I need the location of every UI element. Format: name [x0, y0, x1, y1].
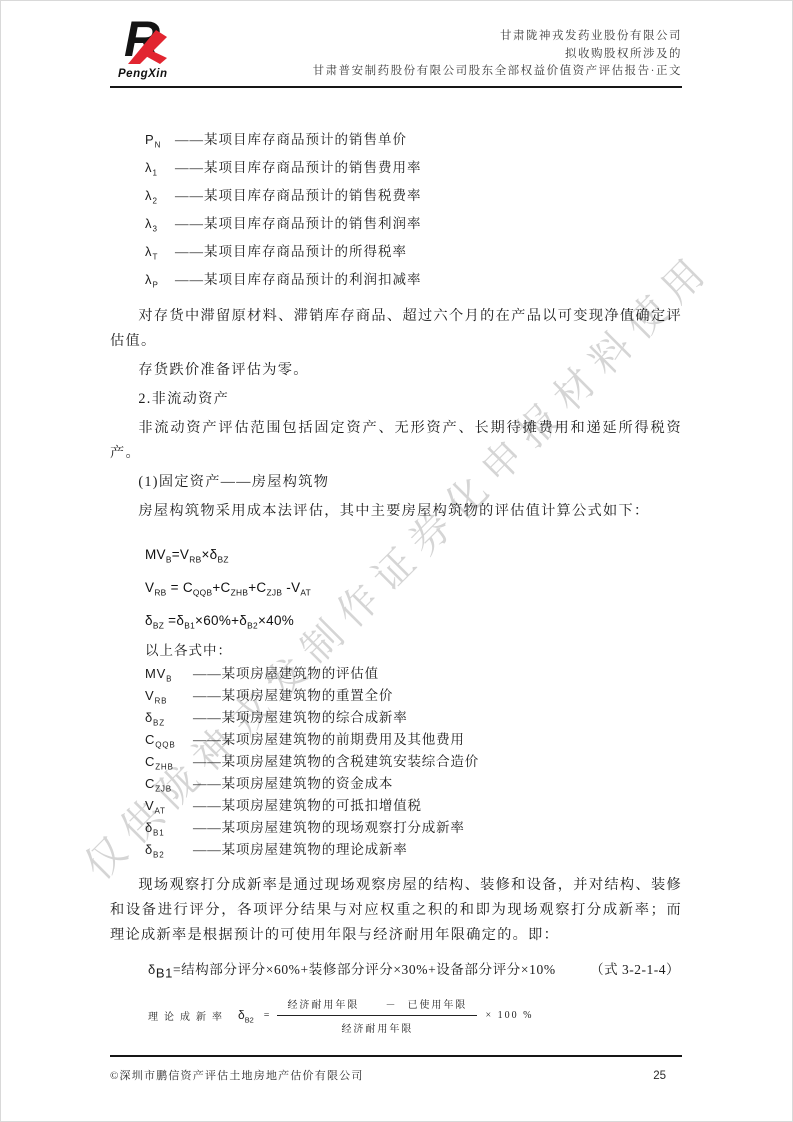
symbol-row: δB2——某项房屋建筑物的理论成新率 — [145, 839, 682, 861]
pengxin-logo: R PengXin — [110, 20, 190, 80]
formula-theoretical-rate: 理论成新率 δB2 = 经济耐用年限 － 已使用年限 经济耐用年限 × 100 … — [148, 996, 682, 1035]
symbol-desc: ——某项房屋建筑物的重置全价 — [193, 688, 393, 703]
formula-sub: B1 — [156, 965, 173, 980]
formula-sub: RB — [189, 554, 201, 564]
symbol: MVB — [145, 663, 193, 685]
symbol-row: δB1——某项房屋建筑物的现场观察打分成新率 — [145, 817, 682, 839]
formula-sub: ZHB — [231, 587, 249, 597]
symbol-desc: ——某项房屋建筑物的综合成新率 — [193, 710, 408, 725]
symbol-desc: ——某项目库存商品预计的销售利润率 — [175, 216, 422, 231]
formula-sub: B2 — [247, 620, 258, 630]
formula-db1: δB1=结构部分评分×60%+装修部分评分×30%+设备部分评分×10% （式 … — [148, 958, 682, 978]
symbol: λP — [145, 266, 175, 294]
page-header: R PengXin 甘肃陇神戎发药业股份有限公司 拟收购股权所涉及的 甘肃普安制… — [110, 0, 682, 81]
symbol-desc: ——某项房屋建筑物的评估值 — [193, 666, 379, 681]
formula-term: = C — [167, 580, 193, 595]
symbol-row: δBZ——某项房屋建筑物的综合成新率 — [145, 707, 682, 729]
formula-vrb: VRB = CQQB+CZHB+CZJB -VAT — [145, 571, 682, 604]
report-title-block: 甘肃陇神戎发药业股份有限公司 拟收购股权所涉及的 甘肃普安制药股份有限公司股东全… — [313, 20, 682, 81]
symbol-row: VRB——某项房屋建筑物的重置全价 — [145, 685, 682, 707]
formula-term: +C — [212, 580, 230, 595]
header-line-1: 甘肃陇神戎发药业股份有限公司 — [313, 28, 682, 46]
page-content: R PengXin 甘肃陇神戎发药业股份有限公司 拟收购股权所涉及的 甘肃普安制… — [110, 0, 682, 1035]
symbol-desc: ——某项房屋建筑物的含税建筑安装综合造价 — [193, 754, 479, 769]
header-line-3: 甘肃普安制药股份有限公司股东全部权益价值资产评估报告·正文 — [313, 63, 682, 81]
page-footer: ©深圳市鹏信资产评估土地房地产估价有限公司 25 — [110, 1055, 682, 1083]
brand-text: PengXin — [118, 68, 190, 80]
formula-term: ×δ — [201, 547, 217, 562]
symbol-row: MVB——某项房屋建筑物的评估值 — [145, 663, 682, 685]
symbol-row: CZHB——某项房屋建筑物的含税建筑安装综合造价 — [145, 751, 682, 773]
page-number: 25 — [653, 1070, 682, 1082]
symbol-row: CZJB——某项房屋建筑物的资金成本 — [145, 773, 682, 795]
definitions-intro: 以上各式中： — [145, 639, 682, 663]
formula-term: ×60%+δ — [195, 613, 247, 628]
formula-term: =V — [172, 547, 190, 562]
paragraph-condition-rating: 现场观察打分成新率是通过现场观察房屋的结构、装修和设备，并对结构、装修和设备进行… — [110, 873, 682, 948]
minus-sign: － — [385, 996, 397, 1011]
symbol: CZHB — [145, 751, 193, 773]
formula-symbol: δB2 — [238, 1008, 254, 1022]
symbol: CQQB — [145, 729, 193, 751]
symbol-row: CQQB——某项房屋建筑物的前期费用及其他费用 — [145, 729, 682, 751]
formula-term: -V — [282, 580, 300, 595]
red-swoosh-icon — [126, 28, 170, 66]
formula-sub: BZ — [153, 620, 164, 630]
inventory-symbol-list: PN——某项目库存商品预计的销售单价 λ1——某项目库存商品预计的销售费用率 λ… — [145, 126, 682, 294]
symbol-row: λP——某项目库存商品预计的利润扣减率 — [145, 266, 682, 294]
formula-sub: AT — [300, 587, 311, 597]
symbol-desc: ——某项目库存商品预计的销售单价 — [175, 132, 407, 147]
symbol: CZJB — [145, 773, 193, 795]
symbol-desc: ——某项目库存商品预计的利润扣减率 — [175, 272, 422, 287]
symbol: δBZ — [145, 707, 193, 729]
symbol-row: λT——某项目库存商品预计的所得税率 — [145, 238, 682, 266]
symbol: VRB — [145, 685, 193, 707]
symbol: λ3 — [145, 210, 175, 238]
formula-suffix: × 100 % — [485, 1010, 533, 1021]
formula-sub: ZJB — [266, 587, 282, 597]
equals-sign: = — [264, 1010, 270, 1021]
paragraph-cost-method: 房屋构筑物采用成本法评估，其中主要房屋构筑物的评估值计算公式如下： — [110, 499, 682, 524]
formula-dbz: δBZ =δB1×60%+δB2×40% — [145, 604, 682, 637]
paragraph-noncurrent-scope: 非流动资产评估范围包括固定资产、无形资产、长期待摊费用和递延所得税资产。 — [110, 416, 682, 466]
formula-term: =结构部分评分×60%+装修部分评分×30%+设备部分评分×10% — [173, 962, 556, 977]
fraction: 经济耐用年限 － 已使用年限 经济耐用年限 — [277, 996, 477, 1035]
symbol-desc: ——某项房屋建筑物的可抵扣增值税 — [193, 798, 422, 813]
formula-mv: MVB=VRB×δBZ — [145, 538, 682, 571]
formula-term: +C — [248, 580, 266, 595]
symbol-desc: ——某项目库存商品预计的销售税费率 — [175, 188, 422, 203]
symbol: λT — [145, 238, 175, 266]
symbol: PN — [145, 126, 175, 154]
formula-sub: QQB — [193, 587, 212, 597]
formula-term: ×40% — [258, 613, 294, 628]
formula-label: 理论成新率 — [148, 1008, 228, 1023]
symbol-desc: ——某项房屋建筑物的现场观察打分成新率 — [193, 820, 465, 835]
copyright-line: ©深圳市鹏信资产评估土地房地产估价有限公司 — [110, 1067, 364, 1083]
equation-number: （式 3-2-1-4） — [590, 958, 680, 978]
symbol-row: λ2——某项目库存商品预计的销售税费率 — [145, 182, 682, 210]
formula-term: MV — [145, 547, 166, 562]
formula-term: =δ — [164, 613, 184, 628]
heading-noncurrent-assets: 2.非流动资产 — [110, 387, 682, 412]
valuation-formulas: MVB=VRB×δBZ VRB = CQQB+CZHB+CZJB -VAT δB… — [145, 538, 682, 637]
fraction-numerator: 经济耐用年限 － 已使用年限 — [277, 996, 477, 1016]
formula-sub: BZ — [217, 554, 228, 564]
formula-body: δB1=结构部分评分×60%+装修部分评分×30%+设备部分评分×10% — [148, 958, 556, 978]
header-line-2: 拟收购股权所涉及的 — [313, 46, 682, 64]
paragraph-inventory-nrv: 对存货中滞留原材料、滞销库存商品、超过六个月的在产品以可变现净值确定评估值。 — [110, 304, 682, 354]
symbol: δB1 — [145, 817, 193, 839]
symbol-desc: ——某项房屋建筑物的理论成新率 — [193, 842, 408, 857]
formula-sub: RB — [154, 587, 166, 597]
symbol-desc: ——某项房屋建筑物的前期费用及其他费用 — [193, 732, 465, 747]
formula-sub: B1 — [184, 620, 195, 630]
symbol: δB2 — [145, 839, 193, 861]
document-page: 仅供陇神戎发制作证券化申报材料使用 R PengXin 甘肃陇神戎发药业股份有限… — [0, 0, 793, 1122]
symbol-desc: ——某项房屋建筑物的资金成本 — [193, 776, 393, 791]
symbol-row: λ3——某项目库存商品预计的销售利润率 — [145, 210, 682, 238]
building-symbol-list: MVB——某项房屋建筑物的评估值 VRB——某项房屋建筑物的重置全价 δBZ——… — [145, 663, 682, 861]
formula-term: δ — [148, 962, 156, 977]
fraction-denominator: 经济耐用年限 — [341, 1016, 413, 1035]
pengxin-r-icon: R — [124, 20, 170, 66]
symbol-row: λ1——某项目库存商品预计的销售费用率 — [145, 154, 682, 182]
formula-term: δ — [145, 613, 153, 628]
symbol-desc: ——某项目库存商品预计的销售费用率 — [175, 160, 422, 175]
symbol-row: PN——某项目库存商品预计的销售单价 — [145, 126, 682, 154]
symbol-desc: ——某项目库存商品预计的所得税率 — [175, 244, 407, 259]
symbol: λ2 — [145, 182, 175, 210]
header-rule — [110, 86, 682, 88]
formula-term: V — [145, 580, 154, 595]
symbol: VAT — [145, 795, 193, 817]
heading-fixed-assets-buildings: (1)固定资产——房屋构筑物 — [110, 470, 682, 495]
symbol: λ1 — [145, 154, 175, 182]
symbol-row: VAT——某项房屋建筑物的可抵扣增值税 — [145, 795, 682, 817]
paragraph-inventory-provision: 存货跌价准备评估为零。 — [110, 358, 682, 383]
